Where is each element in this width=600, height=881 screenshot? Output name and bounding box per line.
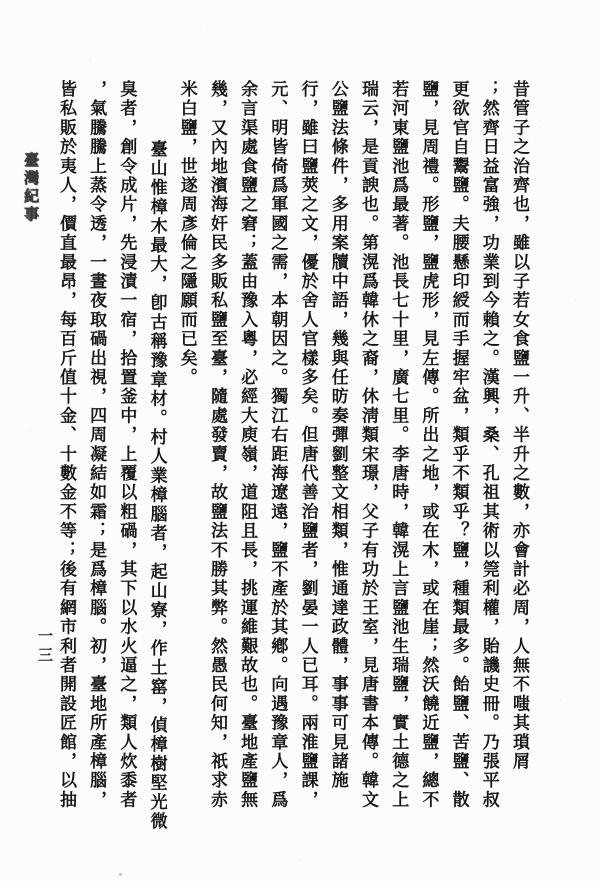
text-column-12: 米白鹽，世遂周彥倫之隱願而已矣。 bbox=[172, 80, 202, 832]
text-column-4: 鹽，見周禮。形鹽，鹽虎形，見左傳。所出之地，或在木，或在崖；然沃饒近鹽，總不 bbox=[413, 80, 443, 832]
text-column-13: 臺山惟樟木最大，卽古稱豫章材。村人業樟腦者，起山寮，作土窰，偵樟樹堅光微 bbox=[141, 80, 171, 832]
text-column-11: 幾，又內地濱海奸民多販私鹽至臺，隨處發賣，故鹽法不勝其弊。然愚民何知，祇求赤 bbox=[202, 80, 232, 832]
text-column-7: 公鹽法條件，多用案牘中語，幾與任昉奏彈劉整文相類，惟通達政體，事事可見諸施 bbox=[323, 80, 353, 832]
text-body: 昔管子之治齊也，雖以子若女食鹽一升、半升之數，亦會計必周，人無不嗤其瑣屑 ；然齊… bbox=[50, 80, 534, 832]
scanned-book-page: 臺灣紀事 昔管子之治齊也，雖以子若女食鹽一升、半升之數，亦會計必周，人無不嗤其瑣… bbox=[0, 0, 600, 881]
text-column-14: 臭者，創令成片，先浸漬一宿，拾置釜中，上覆以粗碢，其下以水火逼之，類人炊黍者 bbox=[111, 80, 141, 832]
text-column-16: 皆私販於夷人，價直最昂，每百斤值十金、十數金不等；後有網市利者開設匠館，以抽 bbox=[51, 80, 81, 832]
text-column-9: 元、明皆倚爲軍國之需，本朝因之。獨江右距海遼遠，鹽不產於其鄕。向遇豫章人，爲 bbox=[262, 80, 292, 832]
scan-noise bbox=[0, 0, 1, 1]
text-column-10: 余言渠處食鹽之窘；蓋由豫入粵，必經大庾嶺，道阻且長，挑運維艱故也。臺地產鹽無 bbox=[232, 80, 262, 832]
text-column-1: 昔管子之治齊也，雖以子若女食鹽一升、半升之數，亦會計必周，人無不嗤其瑣屑 bbox=[504, 80, 534, 832]
text-column-8: 行，雖曰鹽莢之文，優於舍人官樣多矣。但唐代善治鹽者，劉晏一人已耳。兩淮鹽課， bbox=[292, 80, 322, 832]
spine-title: 臺灣紀事 bbox=[20, 152, 41, 224]
text-column-15: ，氣騰騰上蒸令透，一晝夜取碢出視，四周凝結如霜；是爲樟腦。初，臺地所產樟腦， bbox=[81, 80, 111, 832]
text-column-3: 更欲官自鬻鹽。夫腰懸印綬而手握牢盆，類乎不類乎？鹽，種類最多。飴鹽、苦鹽、散 bbox=[443, 80, 473, 832]
text-column-2: ；然齊日益富強，功業到今賴之。漢興，桑、孔祖其術以筦利權，貽譏史冊。乃張平叔 bbox=[474, 80, 504, 832]
text-column-6: 瑞云，是貢諛也。第滉爲韓休之裔，休淸類宋璟，父子有功於王室，見唐書本傳。韓文 bbox=[353, 80, 383, 832]
text-column-5: 若河東鹽池爲最著。池長七十里，廣七里。李唐時，韓滉上言鹽池生瑞鹽，實土德之上 bbox=[383, 80, 413, 832]
page-number: 一三 bbox=[34, 628, 55, 666]
